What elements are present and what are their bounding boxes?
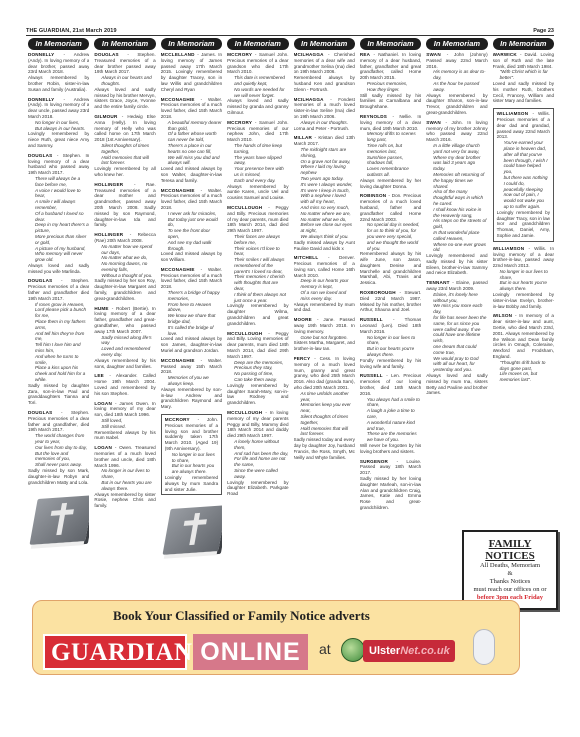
verse-line: Our lives from day to day, [28, 445, 89, 451]
memoriam-notice: DOUGLAS - Stephen. Precious memories of … [28, 278, 89, 406]
memoriam-column: In MemoriamSWAN - John (Johnny) Passed a… [426, 38, 487, 594]
memoriam-column: In MemoriamMCILHAGGA - Cherished memorie… [294, 38, 355, 594]
verse-line: Time rolls on, but memories last, [360, 143, 421, 155]
remembered-by: Sisters Martha, Margaret, and brother-in… [294, 340, 355, 352]
memoriam-notice: LOGAN - Owen. Treasured memories of a mu… [94, 445, 155, 509]
deceased-name: REA [360, 52, 374, 57]
at-label: at [319, 641, 331, 657]
remembered-by: Always loved and sadly missed by his bro… [94, 87, 155, 110]
verse-line: I never ask for miracles, [161, 211, 222, 217]
section-header: In Memoriam [294, 38, 355, 50]
verse-line: But in our hearts you're always there. [360, 346, 421, 358]
page-header: THE GUARDIAN, 21st March 2019 Page 23 [26, 26, 554, 36]
deceased-name: DOUGLAS [28, 410, 61, 415]
verse-line: These are the memories we have of you. [360, 431, 421, 443]
verse-line: for us to think of you, for you were ver… [360, 228, 421, 240]
remembered-by: Remembered always by his mum Isabel. [94, 430, 155, 442]
memoriam-notice: LEE - Alexander. Called Home 19th March … [94, 373, 155, 396]
memoriam-column: In MemoriamDONNELLY - Andrew (Andy). In … [28, 38, 89, 594]
verse-line: No longer in our lives to share, [360, 335, 421, 347]
verse-line: Sunshine passes, shadows fall, [360, 155, 421, 167]
deceased-name: WILLIAMSON [493, 246, 529, 251]
remembered-by: Loved and missed always by son Walter, d… [161, 166, 222, 183]
memoriam-notice: MITCHELL - Denver. Precious memories of … [294, 255, 355, 313]
verse-line: "With Christ which is far better". [493, 69, 554, 81]
section-header: In Memoriam [227, 38, 288, 50]
verse-line: Before we close our eyes at night, [294, 222, 355, 234]
memoriam-notice: DOUGLAS - Stephen. Treasured memories of… [94, 52, 155, 110]
verse-line: Always in our thoughts. [294, 120, 355, 126]
deceased-name: MCCONAGHIE [161, 267, 201, 272]
memoriam-notice: WILLIAMSON - Willis. In loving memory of… [493, 246, 554, 310]
memoriam-notice: WILLIAMSON - Willis. Precious memories o… [493, 108, 554, 242]
deceased-name: WILLIAMSON [497, 111, 533, 116]
memoriam-notice: DONNELLY - Andrew (Andy). In loving memo… [28, 52, 89, 93]
remembered-by: Lovingly remembered by daughter Sarah-Ma… [227, 383, 288, 406]
verse-line: No longer in our lives to share, [94, 468, 155, 480]
verse-line: Silent thoughts of times together, [94, 143, 155, 155]
memoriam-column: In MemoriamDOUGLAS - Stephen. Treasured … [94, 38, 155, 594]
verse-line: This date is remembered and quietly kept… [227, 75, 288, 87]
verse-line: And when he turns to smile, [28, 354, 89, 366]
verse-line: With a nephew I loved with all my heart, [294, 193, 355, 205]
deceased-name: DOUGLAS [28, 153, 57, 158]
verse-line: Their faces are always before me, [227, 234, 288, 246]
verse-line: But today just one would do, [161, 217, 222, 229]
verse-line: Tell him I love him and miss him, [28, 342, 89, 354]
newspaper-page: THE GUARDIAN, 21st March 2019 Page 23 In… [0, 0, 580, 737]
family-notices-title: FAMILY NOTICES [464, 538, 556, 562]
deceased-name: TENNANT [426, 280, 452, 285]
bible-cross-icon [161, 501, 222, 556]
deceased-name: MCCONAGHIE [161, 97, 201, 102]
remembered-by: Sadly missed by daughter Zara, son-in-la… [28, 383, 89, 406]
memoriam-notice: MCCONAGHIE - Walter. Precious memories o… [161, 97, 222, 184]
deceased-name: HUME [94, 306, 111, 311]
remembered-by: Sadly missed by her loving daughter Marl… [360, 476, 421, 511]
guardian-logo: GUARDIAN [43, 634, 187, 670]
memoriam-notice: HOLLINGER - Rebecca (Rae) 20th March 200… [94, 232, 155, 302]
deceased-name: MCCRORY [227, 120, 255, 125]
remembered-by: Loved and sadly missed by his mother Rut… [493, 81, 554, 104]
remembered-by: Always remembered by mum and dad. [294, 302, 355, 314]
remembered-by: Always remembered by daughter Sharon, so… [426, 93, 487, 116]
memoriam-notice: PERCY - Cess. In loving memory of a much… [294, 356, 355, 460]
verse-line: A lonely home without them, [227, 439, 288, 451]
verse-line: Memory drifts to scenes long past, [360, 131, 421, 143]
verse-line: And tell him they're from me, [28, 331, 89, 343]
verse-line: There will always be a face before me, [28, 176, 89, 188]
memoriam-notice: MCCULLOUGH - Peggy and Billy. Loving mem… [227, 331, 288, 406]
section-header: In Memoriam [28, 38, 89, 50]
verse-line: But in our hearts you are always there. [165, 463, 218, 475]
verse-line: Of a father whose worth can never be tol… [161, 131, 222, 143]
verse-line: peacefully sleeping now out of pain, I w… [497, 187, 550, 210]
deceased-name: SWAN [426, 120, 445, 125]
verse-line: Always in our hearts and thoughts. [94, 75, 155, 87]
verse-line: Memories of you we always keep. [161, 375, 222, 387]
deceased-name: SWAN [426, 52, 447, 57]
verse-line: No longer in our lives to share, [493, 269, 554, 281]
memoriam-notice: DOUGLAS - Stephen. Precious memories of … [28, 410, 89, 485]
verse-line: There's a place in our hearts no one can… [161, 143, 222, 155]
globe-icon [341, 638, 365, 662]
verse-line: A smile I will always remember, [28, 199, 89, 211]
remembered-by: Still sadly missed by his families at Ca… [360, 93, 421, 110]
deceased-name: MCILHAGGA [294, 97, 331, 102]
remembered-by: Always remembered by son-in-law Andrew a… [161, 387, 222, 410]
verse-line: Place them in my fathers arms, [28, 319, 89, 331]
verse-line: There's a bridge of happy memories, [161, 290, 222, 302]
memoriam-notice: MCCRORY - Samuel John. Precious memories… [227, 120, 288, 201]
verse-line: You always had a smile to share, [360, 397, 421, 409]
verse-line: We would pray to God with all our heart,… [426, 356, 487, 373]
remembered-by: Always remembered by auntie Karen, uncle… [227, 184, 288, 201]
verse-line: His steps on the streets of gold, [426, 218, 487, 230]
verse-line: A wonderful nature kind and true, [360, 420, 421, 432]
memoriam-notice: HOLLINGER - Rae. Treasured memories of a… [94, 182, 155, 228]
remembered-by: Lovingly remembered always by mum Sandra… [165, 475, 218, 492]
deceased-name: LOGAN [94, 445, 114, 450]
verse-line: A beautiful memory dearer than gold, [161, 120, 222, 132]
memoriam-notice: MCCLELLAND - James. In loving memory of … [161, 52, 222, 93]
deceased-name: MCCLELLAND [161, 52, 197, 57]
online-booking-banner[interactable]: Book Your Classified or Family Notice ad… [32, 600, 520, 675]
remembered-by: Lovingly remembered by daughter Wilma, g… [227, 303, 288, 326]
verse-line: Their voices I'd love to hear, [227, 246, 288, 258]
verse-line: No longer in our lives to share, [165, 452, 218, 464]
section-header: In Memoriam [493, 38, 554, 50]
deceased-name: RUSSELL [360, 373, 386, 378]
verse-line: Of a husband I loved so dear. [28, 211, 89, 223]
family-notices-line: must reach our offices on or [464, 586, 556, 594]
remembered-by: Always remembered by brother Robin, sist… [28, 75, 89, 92]
verse-line: Life moves on, but memories last". [493, 371, 554, 383]
family-notices-line: All Deaths, Memoriam [464, 562, 556, 570]
verse-line: You've earned your place in heaven dad, [497, 140, 550, 152]
verse-line: Where no-one ever grows old. [426, 242, 487, 254]
verse-line: No morning dawns, no evening falls, [94, 261, 155, 273]
verse-line: Deep in my heart there's a picture, [28, 222, 89, 234]
memoriam-notice: MCILHAGGA - Cherished memories of a dear… [294, 52, 355, 93]
verse-line: Where my dear brother was laid 3 years a… [426, 155, 487, 172]
memoriam-notice: GILMOUR - Hedwig Else Anna (Helly). In l… [94, 114, 155, 178]
memoriam-column: In MemoriamMCCLELLAND - James. In loving… [161, 38, 222, 594]
deceased-name: DOUGLAS [94, 52, 127, 57]
remembered-by: Always loved and sadly missed by mum Ina… [426, 373, 487, 396]
verse-line: for life has never been the same, for us… [426, 315, 487, 344]
verse-line: Silent thoughts of times together, [294, 414, 355, 426]
verse-line: The world changes from year to year, [28, 433, 89, 445]
deceased-name: WILSON [493, 313, 515, 318]
memoriam-columns: In MemoriamDONNELLY - Andrew (Andy). In … [28, 38, 554, 594]
remembered-by: Remembered always by husband Ken and gra… [294, 75, 355, 92]
verse-line: No words are needed for we will never fo… [227, 87, 288, 99]
remembered-by: Lovingly remembered by daughter Tracy, s… [497, 210, 550, 239]
memoriam-notice: TENNANT - Elaine, passed away 23rd March… [426, 280, 487, 396]
deceased-name: DOUGLAS [28, 278, 61, 283]
deceased-name: MCCULLOUGH [227, 331, 268, 336]
remembered-by: Lovingly remembered by niece Ruth, great… [28, 131, 89, 148]
verse-line: Hold memories that will last forever. [294, 426, 355, 438]
publication-date: THE GUARDIAN, 21st March 2019 [26, 28, 117, 34]
memoriam-notice: MCCRORY - John. Precious memories of a l… [161, 414, 222, 495]
memoriam-notice: MCCONAGHIE - Walter. Passed away 15th Ma… [161, 358, 222, 410]
verse-line: Deep in our hearts your memory is kept, [294, 278, 355, 290]
memoriam-column: In MemoriamMCCRORY - Samuel John. Precio… [227, 38, 288, 594]
remembered-by: Always remembered by sister Rosie, nephe… [94, 492, 155, 509]
memoriam-notice: MILLAR - Kristan died 13th March 2017.Th… [294, 135, 355, 251]
verse-line: To see the front door open, [161, 228, 222, 240]
deceased-name: SURGENOR [360, 459, 397, 464]
deceased-name: PERCY [294, 356, 315, 361]
verse-line: Who memory will never grow old. [28, 251, 89, 263]
verse-line: But the love and memories of you, [28, 451, 89, 463]
verse-line: It's were I always wonder, [294, 182, 355, 188]
ulsternet-link[interactable]: UlsterNet.co.uk [363, 640, 455, 662]
verse-line: and we thought the world of you. [360, 240, 421, 252]
memoriam-notice: SURGENOR - Louise. Passed away 18th Marc… [360, 459, 421, 511]
deceased-name: GILMOUR [94, 114, 121, 119]
verse-line: Loves remembrance outlasts all. [360, 166, 421, 178]
verse-line: Place a kiss upon his cheek and hold him… [28, 365, 89, 382]
remembered-by: Always remembered by his sons, daughter … [94, 358, 155, 370]
verse-line: Since the were called away. [227, 468, 288, 480]
verse-line: The hands of time keep turning, [227, 143, 288, 155]
deceased-name: ROXBOROUGH [360, 290, 400, 295]
verse-line: I shall know his voice in the Heavenly s… [426, 207, 487, 219]
remembered-by: Remembered always by his wife June, son … [360, 251, 421, 286]
family-notices-line: Thanks Notices [464, 578, 556, 586]
deceased-name: REYNOLDS [360, 114, 393, 119]
remembered-by: Always loved and sadly missed you wife M… [28, 263, 89, 275]
verse-line: But in our hearts you're always there. [493, 280, 554, 292]
verse-line: For life and home are not the same, [227, 456, 288, 468]
verse-line: And miss so very much, [294, 205, 355, 211]
verse-line: It's called the bridge of love. [161, 325, 222, 337]
memoriam-notice: DOUGLAS - Stephen. In loving memory of a… [28, 153, 89, 275]
memoriam-notice: MOORE - Jane. Passed away 19th March 201… [294, 317, 355, 352]
section-header: In Memoriam [161, 38, 222, 50]
memoriam-notice: REA - Nathaniel. In loving memory of a d… [360, 52, 421, 110]
verse-line: We will miss you dad and always will. [161, 155, 222, 167]
memoriam-column: In MemoriamREA - Nathaniel. In loving me… [360, 38, 421, 594]
verse-line: From here to Heaven above, [161, 302, 222, 314]
memoriam-notice: MCCULLOUGH - In loving memory of my dear… [227, 410, 288, 497]
deceased-name: DONNELLY [28, 52, 64, 57]
page-number: Page 23 [533, 28, 554, 34]
memoriam-notice: MCCRORY - Samuel John. Precious memories… [227, 52, 288, 116]
remembered-by: Will never be forgotten by his loving br… [360, 443, 421, 455]
deceased-name: MCCRORY [165, 417, 198, 422]
deceased-name: MCCONAGHIE [161, 358, 201, 363]
remembered-by: Loved and missed always by son James, da… [161, 336, 222, 353]
family-notices-line: & [464, 570, 556, 578]
remembered-by: Loved and missed always by son William. [161, 251, 222, 263]
deceased-name: MCILHAGGA [294, 52, 329, 57]
deceased-name: LEE [94, 373, 109, 378]
memoriam-notice: LOGAN - James Owen. In loving memory of … [94, 401, 155, 442]
verse-line: Where I laid my loving nephew [294, 164, 355, 176]
deceased-name: MOORE [294, 317, 317, 322]
verse-line: Hold memories that will last forever. [94, 155, 155, 167]
verse-line: A laugh a joke a time to care, [360, 408, 421, 420]
remembered-by: Sadly missed today and every day by daug… [294, 437, 355, 460]
remembered-by: Lovingly remembered by sister-in-law Eve… [493, 292, 554, 309]
verse-line: Loved and remembered every day. [94, 346, 155, 358]
remembered-by: Sadly missed by son Mark, daughter-in-la… [28, 468, 89, 485]
remembered-by: Lovingly remembered and sadly missed by … [426, 253, 487, 276]
deceased-name: RUSSELL [360, 317, 393, 322]
verse-line: We know we share that bridge dad, [161, 313, 222, 325]
verse-line: And see my dad walk through. [161, 240, 222, 252]
family-notices-box: FAMILY NOTICES All Deaths, Memoriam & Th… [462, 530, 558, 610]
verse-line: Lord please pick a bunch for me, [28, 307, 89, 319]
verse-line: Memories oft returning of the happy time… [426, 172, 487, 189]
verse-line: Of a son we loved and miss every day. [294, 290, 355, 302]
deceased-name: DONNELLY [28, 97, 64, 102]
verse-line: As the hour he passed away. [426, 81, 487, 93]
verse-line: "Thoughts drift back to days gone past, [493, 360, 554, 372]
verse-line: We miss you more each day, [426, 303, 487, 315]
verse-line: As time unfolds another year, [294, 391, 355, 403]
memoriam-notice: REYNOLDS - Nellie. In loving memory of a… [360, 114, 421, 189]
remembered-by: Fondly remembered by his loving wife and… [360, 358, 421, 370]
memoriam-notice: DONNELLY - Andrew (Andy). In loving memo… [28, 97, 89, 149]
memoriam-column: In MemoriamWARWICK - David. Loving son o… [493, 38, 554, 594]
deceased-name: LOGAN [94, 401, 115, 406]
section-header: In Memoriam [360, 38, 421, 50]
memoriam-notice: WARWICK - David. Loving son of Ruth and … [493, 52, 554, 104]
memoriam-notice: WILSON - In memory of a dear sister-in-l… [493, 313, 554, 383]
deceased-name: HOLLINGER [94, 182, 134, 187]
verse-line: Also of the many thoughtful ways in whic… [426, 189, 487, 206]
memoriam-notice: ROBINSON - Don. Precious memories of a m… [360, 193, 421, 286]
verse-line: after all that you've been through, I wi… [497, 152, 550, 175]
memoriam-notice: MCCONAGHIE - Walter. Precious memories o… [161, 188, 222, 263]
remembered-by: Always remembered by her loving daughter… [360, 178, 421, 190]
remembered-by: Sadly missed always by Aunt Pauline Davi… [294, 240, 355, 252]
verse-line: We always think of you. [294, 234, 355, 240]
remembered-by: Always loved and sadly missed by granda … [227, 98, 288, 115]
verse-line: No matter how we spend our days, [94, 244, 155, 256]
verse-line: The years have slipped away, [227, 155, 288, 167]
deceased-name: MCCONAGHIE [161, 188, 201, 193]
online-label: ONLINE [193, 634, 308, 670]
banner-headline: Book Your Classified or Family Notice ad… [113, 608, 370, 624]
memoriam-notice: RUSSELL - Len. Precious memories of our … [360, 373, 421, 454]
deceased-name: MCCULLOUGH [227, 410, 265, 415]
memoriam-notice: MCILHAGGA - Fondest memories of a much l… [294, 97, 355, 132]
site-suffix: Net.co.uk [400, 645, 450, 657]
deceased-name: WARWICK [493, 52, 520, 57]
verse-line: Elaine, it's lonely here without you, [426, 292, 487, 304]
bible-cross-icon [28, 491, 89, 546]
remembered-by: Lorna and Peter - Portrush. [294, 126, 355, 132]
remembered-by: Lovingly remembered by daughter Elizabet… [227, 480, 288, 497]
verse-line: Sadly missed along life's way [94, 335, 155, 347]
section-header: In Memoriam [426, 38, 487, 50]
verse-line: More precious than silver or gold, [28, 234, 89, 246]
deceased-name: MITCHELL [294, 255, 328, 260]
memoriam-notice: SWAN - John. In loving memory of my brot… [426, 120, 487, 277]
verse-line: Memories keep you ever near, [294, 402, 355, 414]
verse-line: In that wonderful place called Heaven, [426, 230, 487, 242]
deceased-name: MCCULLOUGH [227, 205, 268, 210]
remembered-by: Lovingly remembered by all who knew her. [94, 166, 155, 178]
deceased-name: MILLAR [294, 135, 315, 140]
verse-line: A voice I would love to hear, [28, 188, 89, 200]
verse-line: In a little village church yard not very… [426, 143, 487, 155]
memoriam-notice: MCCULLOUGH - Peggy and Billy. Precious m… [227, 205, 288, 327]
verse-line: but there was nothing I could do, [497, 175, 550, 187]
deceased-name: MCCRORY [227, 52, 255, 57]
section-header: In Memoriam [94, 38, 155, 50]
site-prefix: Ulster [369, 645, 400, 657]
deceased-name: ROBINSON [360, 193, 388, 198]
verse-line: I think of them always not just once a y… [227, 292, 288, 304]
memoriam-notice: MCCONAGHIE - Walter. Precious memories o… [161, 267, 222, 354]
verse-line: But in our hearts you are always there. [94, 480, 155, 492]
verse-line: Their smiles I will always remembered of… [227, 257, 288, 274]
memoriam-notice: HUME - Robert (Bertie). In loving memory… [94, 306, 155, 370]
memoriam-notice: SWAN - John (Johnny) Passed away 22nd Ma… [426, 52, 487, 116]
deceased-name: HOLLINGER [94, 232, 129, 237]
memoriam-notice: RUSSELL - Thomas Leonard (Len). Died 18t… [360, 317, 421, 369]
verse-line: Their memories I cherish with thoughts t… [227, 274, 288, 291]
verse-line: one dream that could come true, [426, 344, 487, 356]
remembered-by: Sadly missed by her son Roy, daughter-in… [94, 278, 155, 301]
memoriam-notice: ROXBOROUGH - Stewart. Died 22nd March 19… [360, 290, 421, 313]
verse-line: The midnight stars are shining, [294, 147, 355, 159]
verse-line: His memory is as dear to-day, [426, 69, 487, 81]
verse-line: Your presence here with us is missed, [227, 166, 288, 178]
verse-line: No matter where we are, [294, 211, 355, 217]
computer-mouse-icon [473, 629, 495, 665]
